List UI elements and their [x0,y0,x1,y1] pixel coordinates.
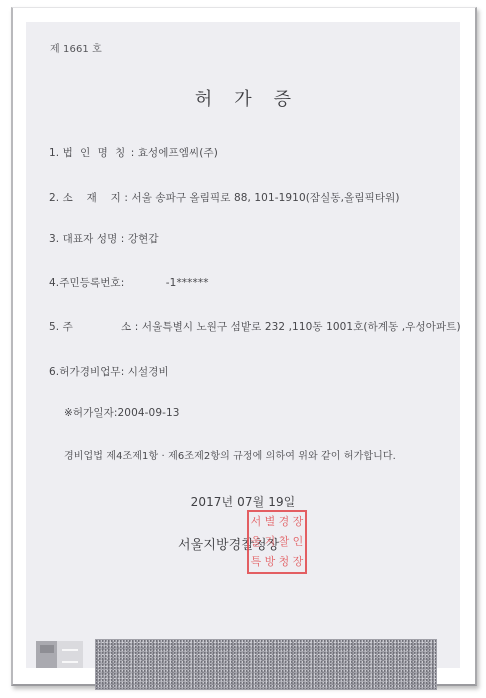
official-seal: 서 별 경 장 울 지 찰 인 특 방 청 장 [247,510,307,574]
field-separator: : [135,321,139,333]
field-address: 5. 주 소 : 서울특별시 노원구 섬밭로 232 ,110동 1001호(하… [49,319,461,334]
field-label: 허가일자 [73,407,114,419]
field-separator: : [121,366,125,378]
field-label: 주민등록번호 [59,277,120,289]
field-corporate-name: 1. 법 인 명 칭 : 효성에프엠씨(주) [49,145,218,160]
seal-char: 지 [263,532,277,552]
field-resident-number: 4.주민등록번호: -1****** [49,275,209,290]
field-index: 1. [49,147,59,159]
security-barcode-strip [95,639,437,690]
field-value: 서울특별시 노원구 섬밭로 232 ,110동 1001호(하계동 ,우성아파트… [142,321,461,333]
field-value: 2004-09-13 [118,407,180,419]
field-label: 법 인 명 칭 [63,147,128,159]
seal-char: 찰 [277,532,291,552]
field-index: 2. [49,192,59,204]
verification-code-icon [36,641,83,668]
field-label: 대표자 성명 [63,233,118,245]
seal-char: 경 [277,512,291,532]
field-permitted-service: 6.허가경비업무: 시설경비 [49,364,169,379]
seal-char: 특 [249,552,263,572]
scanned-permit-page [26,22,460,668]
document-number: 제 1661 호 [50,40,102,55]
field-value: 서울 송파구 올림픽로 88, 101-1910(잠실동,올림픽타워) [131,192,399,204]
field-separator: : [124,192,128,204]
seal-char: 울 [249,532,263,552]
field-separator: : [121,233,125,245]
seal-char: 서 [249,512,263,532]
field-index: ※ [64,407,73,419]
field-value: 효성에프엠씨(주) [138,147,218,159]
field-permit-date: ※허가일자:2004-09-13 [64,405,180,420]
field-index: 5. [49,321,59,333]
seal-char: 장 [291,552,305,572]
field-representative: 3. 대표자 성명 : 강현갑 [49,231,159,246]
issue-date: 2017년 07월 19일 [0,493,486,510]
seal-char: 인 [291,532,305,552]
document-title: 허가증 [0,85,486,111]
field-value: -1****** [166,277,209,289]
field-separator: : [121,277,125,289]
field-value: 강현갑 [128,233,159,245]
field-value: 시설경비 [128,366,169,378]
seal-char: 별 [263,512,277,532]
field-label: 허가경비업무 [59,366,120,378]
field-label: 주 소 [63,321,132,333]
field-label: 소 재 지 [63,192,121,204]
field-index: 4. [49,277,59,289]
field-index: 6. [49,366,59,378]
field-location: 2. 소 재 지 : 서울 송파구 올림픽로 88, 101-1910(잠실동,… [49,190,400,205]
field-index: 3. [49,233,59,245]
seal-char: 방 [263,552,277,572]
seal-char: 장 [291,512,305,532]
seal-char: 청 [277,552,291,572]
legal-clause: 경비업법 제4조제1항 · 제6조제2항의 규정에 의하여 위와 같이 허가합니… [64,447,396,462]
field-separator: : [131,147,135,159]
